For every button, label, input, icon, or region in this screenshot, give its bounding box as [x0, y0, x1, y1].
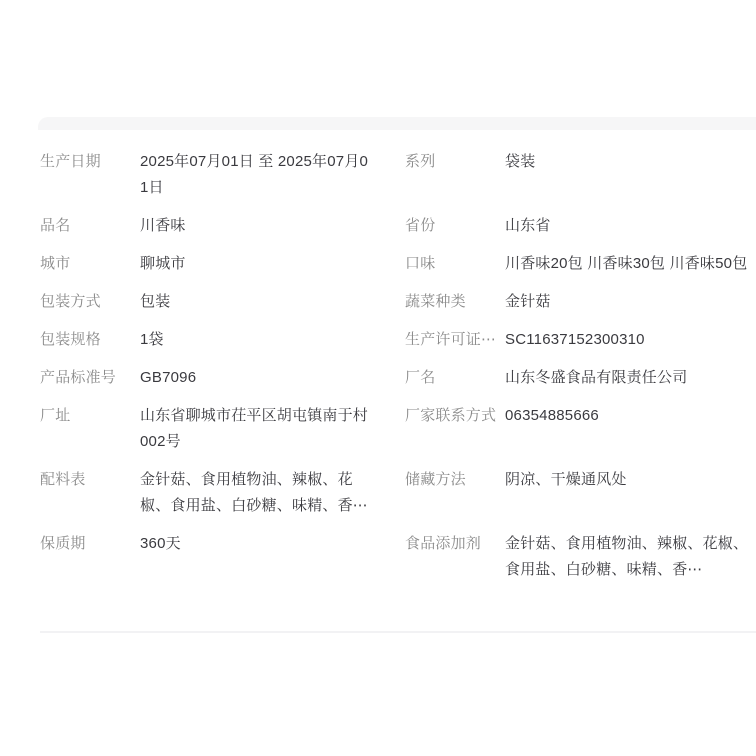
spec-label-production-date: 生产日期 — [40, 149, 140, 175]
spec-label-production-license: 生产许可证⋯ — [375, 327, 505, 353]
spec-value-shelf-life: 360天 — [140, 531, 375, 557]
spec-label-shelf-life: 保质期 — [40, 531, 140, 557]
spec-value-standard-number: GB7096 — [140, 365, 375, 391]
spec-value-flavor: 川香味20包 川香味30包 川香味50包 — [505, 251, 752, 277]
spec-label-storage-method: 储藏方法 — [375, 467, 505, 493]
spec-row: 生产日期 2025年07月01日 至 2025年07月01日 系列 袋装 — [40, 149, 752, 201]
spec-label-vegetable-type: 蔬菜种类 — [375, 289, 505, 315]
spec-value-food-additives: 金针菇、食用植物油、辣椒、花椒、食用盐、白砂糖、味精、香⋯ — [505, 531, 752, 583]
spec-value-packaging-method: 包装 — [140, 289, 375, 315]
product-specs-page: 生产日期 2025年07月01日 至 2025年07月01日 系列 袋装 品名 … — [0, 0, 756, 756]
spec-value-production-license: SC11637152300310 — [505, 327, 752, 353]
spec-row: 保质期 360天 食品添加剂 金针菇、食用植物油、辣椒、花椒、食用盐、白砂糖、味… — [40, 531, 752, 583]
spec-value-storage-method: 阴凉、干燥通风处 — [505, 467, 752, 493]
spec-label-manufacturer-contact: 厂家联系方式 — [375, 403, 505, 429]
spec-label-flavor: 口味 — [375, 251, 505, 277]
specs-table: 生产日期 2025年07月01日 至 2025年07月01日 系列 袋装 品名 … — [0, 149, 756, 583]
section-top-band — [38, 117, 756, 130]
spec-label-factory-name: 厂名 — [375, 365, 505, 391]
spec-label-series: 系列 — [375, 149, 505, 175]
spec-row: 包装规格 1袋 生产许可证⋯ SC11637152300310 — [40, 327, 752, 353]
spec-label-packaging-spec: 包装规格 — [40, 327, 140, 353]
spec-row: 厂址 山东省聊城市茌平区胡屯镇南于村002号 厂家联系方式 0635488566… — [40, 403, 752, 455]
spec-value-factory-name: 山东冬盛食品有限责任公司 — [505, 365, 752, 391]
spec-row: 包装方式 包装 蔬菜种类 金针菇 — [40, 289, 752, 315]
spec-label-city: 城市 — [40, 251, 140, 277]
spec-row: 产品标准号 GB7096 厂名 山东冬盛食品有限责任公司 — [40, 365, 752, 391]
spec-value-factory-address: 山东省聊城市茌平区胡屯镇南于村002号 — [140, 403, 375, 455]
spec-value-product-name: 川香味 — [140, 213, 375, 239]
spec-value-manufacturer-contact: 06354885666 — [505, 403, 752, 429]
spec-value-production-date: 2025年07月01日 至 2025年07月01日 — [140, 149, 375, 201]
spec-label-province: 省份 — [375, 213, 505, 239]
spec-row: 配料表 金针菇、食用植物油、辣椒、花椒、食用盐、白砂糖、味精、香⋯ 储藏方法 阴… — [40, 467, 752, 519]
spec-value-packaging-spec: 1袋 — [140, 327, 375, 353]
spec-value-vegetable-type: 金针菇 — [505, 289, 752, 315]
spec-value-province: 山东省 — [505, 213, 752, 239]
spec-label-product-name: 品名 — [40, 213, 140, 239]
spec-row: 品名 川香味 省份 山东省 — [40, 213, 752, 239]
spec-value-ingredients: 金针菇、食用植物油、辣椒、花椒、食用盐、白砂糖、味精、香⋯ — [140, 467, 375, 519]
spec-value-city: 聊城市 — [140, 251, 375, 277]
spec-label-food-additives: 食品添加剂 — [375, 531, 505, 557]
spec-label-ingredients: 配料表 — [40, 467, 140, 493]
spec-label-factory-address: 厂址 — [40, 403, 140, 429]
spec-row: 城市 聊城市 口味 川香味20包 川香味30包 川香味50包 — [40, 251, 752, 277]
spec-label-packaging-method: 包装方式 — [40, 289, 140, 315]
bottom-divider — [40, 631, 756, 633]
spec-value-series: 袋装 — [505, 149, 752, 175]
spec-label-standard-number: 产品标准号 — [40, 365, 140, 391]
